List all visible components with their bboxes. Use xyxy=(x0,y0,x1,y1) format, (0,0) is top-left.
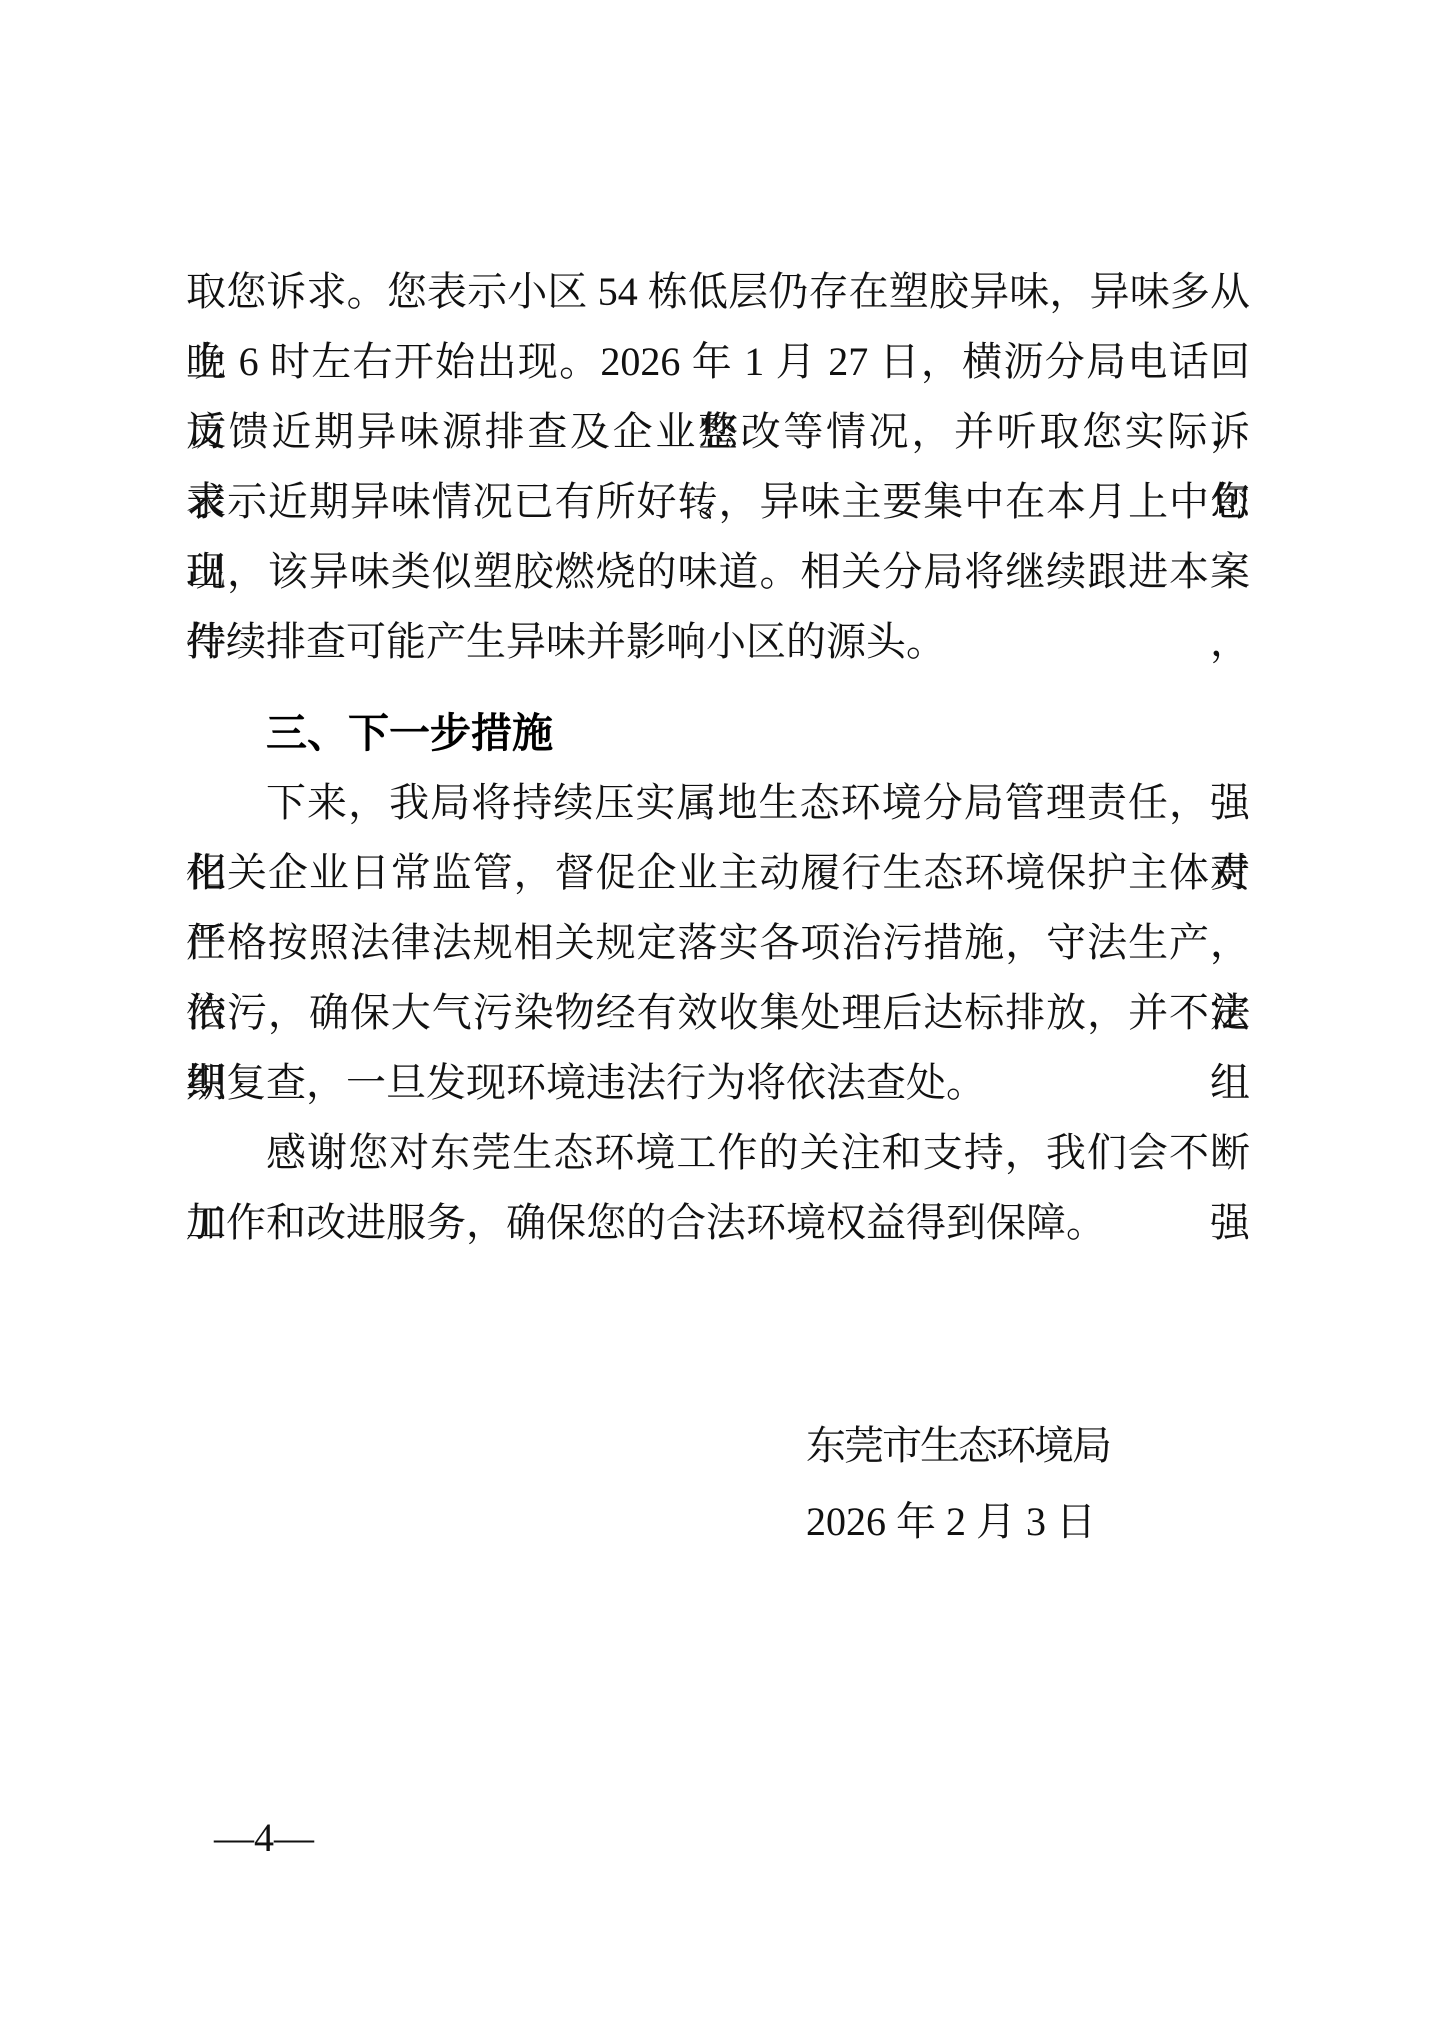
document-line: 工作和改进服务，确保您的合法环境权益得到保障。 xyxy=(186,1188,1250,1258)
page-number: —4— xyxy=(214,1814,314,1862)
document-line: 感谢您对东莞生态环境工作的关注和支持，我们会不断加强 xyxy=(186,1118,1250,1188)
signature-date: 2026 年 2 月 3 日 xyxy=(806,1492,1096,1552)
document-line: 现，该异味类似塑胶燃烧的味道。相关分局将继续跟进本案件， xyxy=(186,537,1250,607)
paragraph-thanks: 感谢您对东莞生态环境工作的关注和支持，我们会不断加强 工作和改进服务，确保您的合… xyxy=(186,1118,1250,1258)
document-line: 相关企业日常监管，督促企业主动履行生态环境保护主体责任， xyxy=(186,838,1250,908)
document-body: 取您诉求。您表示小区 54 栋低层仍存在塑胶异味，异味多从晚 上 6 时左右开始… xyxy=(186,257,1250,1258)
document-line: 下来，我局将持续压实属地生态环境分局管理责任，强化对 xyxy=(186,768,1250,838)
document-line: 治污，确保大气污染物经有效收集处理后达标排放，并不定期组 xyxy=(186,978,1250,1048)
document-line: 反馈近期异味源排查及企业整改等情况，并听取您实际诉求。您 xyxy=(186,397,1250,467)
section-heading: 三、下一步措施 xyxy=(186,698,1250,768)
signature-issuer: 东莞市生态环境局 xyxy=(806,1416,1110,1476)
document-line: 取您诉求。您表示小区 54 栋低层仍存在塑胶异味，异味多从晚 xyxy=(186,257,1250,327)
paragraph-continued: 取您诉求。您表示小区 54 栋低层仍存在塑胶异味，异味多从晚 上 6 时左右开始… xyxy=(186,257,1250,677)
paragraph-next-steps: 下来，我局将持续压实属地生态环境分局管理责任，强化对 相关企业日常监管，督促企业… xyxy=(186,768,1250,1118)
document-line: 严格按照法律法规相关规定落实各项治污措施，守法生产，依法 xyxy=(186,908,1250,978)
document-line: 上 6 时左右开始出现。2026 年 1 月 27 日，横沥分局电话回访您， xyxy=(186,327,1250,397)
document-page: 取您诉求。您表示小区 54 栋低层仍存在塑胶异味，异味多从晚 上 6 时左右开始… xyxy=(0,0,1440,2037)
document-line: 表示近期异味情况已有所好转，异味主要集中在本月上中旬出 xyxy=(186,467,1250,537)
